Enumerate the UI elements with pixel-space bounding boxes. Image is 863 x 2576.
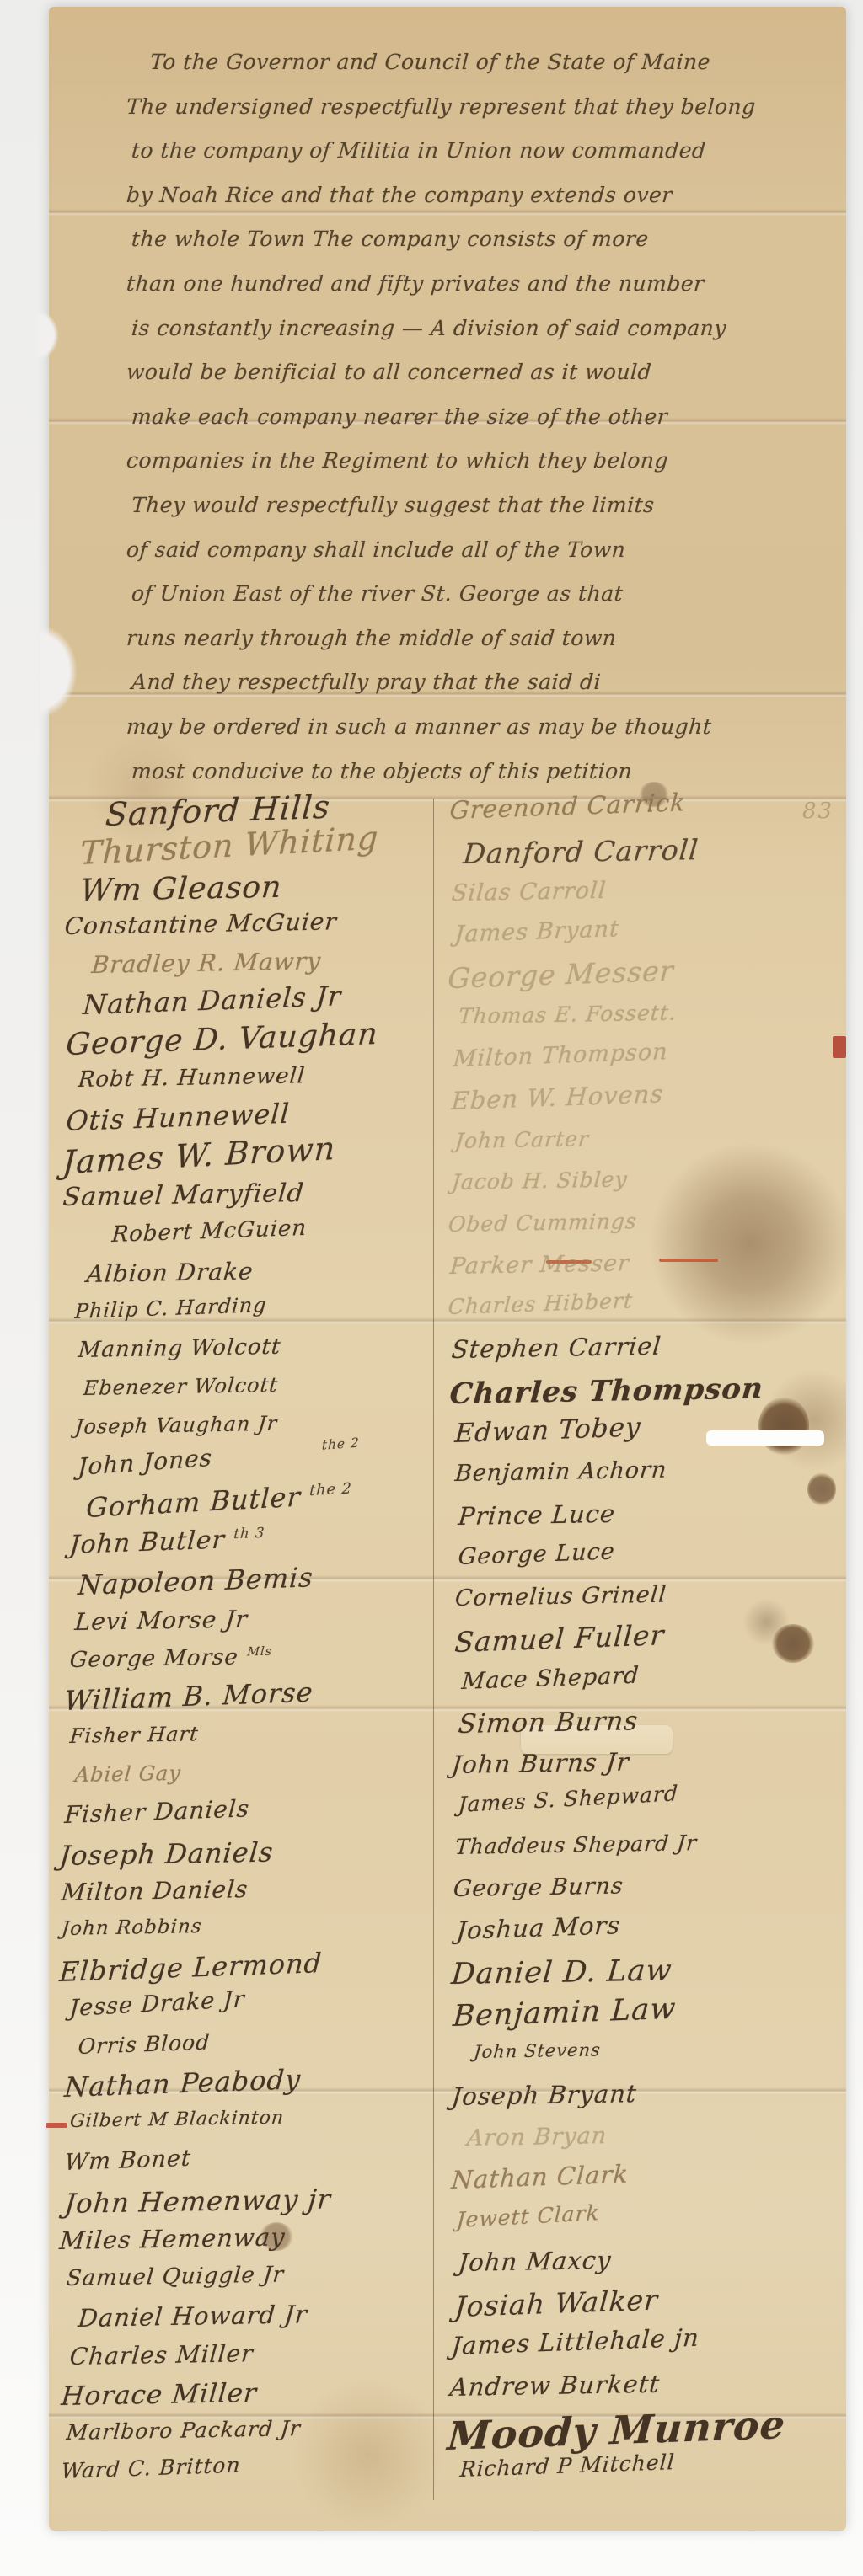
signature-name: Joshua Mors (455, 1911, 621, 1945)
signature-name: Mace Shepard (460, 1662, 640, 1694)
signature-name: Samuel Fuller (453, 1619, 666, 1659)
signature-name: Bradley R. Mawry (90, 947, 322, 979)
petition-line: runs nearly through the middle of said t… (125, 617, 802, 661)
signature-name: Aron Bryan (465, 2123, 608, 2151)
signature-name: Gilbert M Blackinton (69, 2108, 285, 2132)
signature-name: Daniel D. Law (450, 1954, 673, 1992)
signature-name: Nathan Peabody (63, 2064, 302, 2104)
petition-line: companies in the Regiment to which they … (125, 439, 802, 484)
signature-column-left: Sanford HillsThurston WhitingWm GleasonC… (59, 799, 433, 2500)
signature: Jacob H. Sibley (448, 1165, 836, 1213)
signature-name: Levi Morse Jr (73, 1605, 249, 1636)
signature-name: Charles Thompson (448, 1371, 765, 1411)
petition-line: would be benificial to all concerned as … (125, 350, 802, 395)
signature: Edwan Tobey (453, 1408, 836, 1462)
signature: Joseph Daniels (57, 1836, 435, 1881)
signature: Miles Hemenway (57, 2222, 435, 2268)
petition-line: by Noah Rice and that the company extend… (125, 174, 802, 218)
signature-name: Milton Daniels (60, 1875, 249, 1906)
paper-tear (40, 625, 78, 718)
signature: Simon Burns (455, 1705, 836, 1753)
signature: Charles Miller (67, 2338, 435, 2384)
signature-name: Josiah Walker (453, 2283, 659, 2323)
signature-name: Horace Miller (60, 2377, 258, 2411)
signature-suffix: Mls (247, 1645, 273, 1659)
signature-name: James Bryant (453, 916, 619, 948)
signature-name: Benjamin Law (452, 1991, 677, 2033)
petition-line: of said company shall include all of the… (125, 528, 802, 573)
signature-name: John Butler (68, 1525, 226, 1560)
signature: Horace Miller (59, 2377, 435, 2423)
signature: Greenond Carrick (448, 785, 836, 840)
signature: Stephen Carriel (448, 1331, 836, 1379)
signature-name: Wm Gleason (79, 870, 284, 908)
signature-name: John Robbins (61, 1916, 203, 1940)
signature-name: Charles Miller (68, 2339, 255, 2370)
signature-name: Joseph Vaughan Jr (74, 1412, 279, 1439)
petition-line: They would respectfully suggest that the… (130, 484, 802, 528)
signature-name: Simon Burns (457, 1706, 640, 1740)
signature-name: Daniel Howard Jr (77, 2300, 308, 2333)
petition-line: is constantly increasing — A division of… (130, 307, 802, 351)
signature: Daniel Howard Jr (76, 2300, 435, 2344)
petition-line: make each company nearer the size of the… (130, 395, 802, 440)
signature: Benjamin Achorn (452, 1456, 836, 1504)
signature-name: Joseph Daniels (58, 1836, 275, 1872)
signature-name: Nathan Clark (450, 2159, 630, 2194)
signature-name: Miles Hemenway (58, 2222, 287, 2255)
signature-name: Albion Drake (85, 1257, 255, 1288)
signature-suffix: th 3 (233, 1525, 265, 1542)
signature: Fisher Hart (67, 1720, 435, 1766)
signature-name: Benjamin Achorn (453, 1457, 667, 1487)
signature: Wm Gleason (78, 869, 435, 914)
signature-name: Parker Messer (448, 1250, 630, 1280)
signature-name: Ward C. Britton (61, 2453, 242, 2484)
signature: Danford Carroll (460, 834, 836, 882)
signature: Constantine McGuier (62, 908, 435, 954)
signature-name: Jacob H. Sibley (450, 1168, 628, 1195)
signature-name: John Carter (453, 1126, 590, 1153)
signature-name: Marlboro Packard Jr (66, 2417, 302, 2445)
signature: John Hemenway jr (62, 2183, 435, 2229)
signature-suffix: the 2 (322, 1435, 360, 1452)
petition-line: of Union East of the river St. George as… (130, 572, 802, 617)
signature-name: Abiel Gay (74, 1761, 182, 1787)
signature: William B. Morse (62, 1675, 434, 1726)
petition-line: most conducive to the objects of this pe… (130, 750, 802, 794)
signature-column-right: Greenond CarrickDanford CarrollSilas Car… (433, 799, 834, 2500)
signature-name: Andrew Burkett (448, 2370, 661, 2402)
signature: Robert McGuien (110, 1212, 434, 1262)
petition-line: the whole Town The company consists of m… (130, 217, 802, 262)
signature: Fisher Daniels (62, 1791, 434, 1842)
signature-name: Fisher Daniels (64, 1794, 251, 1829)
signature: Thaddeus Shepard Jr (452, 1830, 836, 1878)
signature-name: Samuel Maryfield (62, 1178, 305, 1212)
signature-name: George Burns (452, 1873, 624, 1902)
signature-name: Danford Carroll (462, 833, 700, 870)
signature-name: John Stevens (473, 2039, 602, 2062)
signature: Joshua Mors (454, 1905, 836, 1960)
signature-name: Wm Bonet (64, 2146, 192, 2176)
signature: Eben W. Hovens (449, 1076, 836, 1130)
signature-name: Stephen Carriel (450, 1332, 662, 1364)
petition-line: The undersigned respectfully represent t… (125, 85, 802, 130)
petition-line: And they respectfully pray that the said… (130, 660, 802, 705)
signature-name: John Burns Jr (450, 1747, 630, 1779)
signature-name: Orris Blood (78, 2029, 212, 2059)
signature-name: John Maxcy (457, 2246, 613, 2277)
signature-name: Thomas E. Fossett. (457, 1001, 677, 1029)
petition-line: than one hundred and fifty privates and … (125, 262, 802, 307)
signature: John Stevens (470, 2037, 836, 2085)
petition-line: to the company of Militia in Union now c… (130, 129, 802, 174)
signature-name: Prince Luce (457, 1499, 616, 1530)
signature: George D. Vaughan (64, 1018, 434, 1069)
signature: Samuel Quiggle Jr (64, 2261, 435, 2306)
signature-name: Manning Wolcott (78, 1334, 282, 1363)
signature: Ebenezer Wolcott (81, 1372, 435, 1417)
petition-text-block: To the Governor and Council of the State… (126, 40, 801, 794)
signature-name: George Messer (447, 954, 675, 995)
petition-line: may be ordered in such a manner as may b… (125, 705, 802, 750)
signature-name: Fisher Hart (69, 1723, 200, 1749)
signature: George Messer (446, 951, 836, 1006)
signature-name: Samuel Quiggle Jr (66, 2262, 286, 2291)
signature: Levi Morse Jr (72, 1604, 435, 1649)
paper-tear (37, 310, 59, 361)
signature-name: Silas Carroll (450, 877, 607, 906)
signature: Obed Cummings (445, 1207, 836, 1255)
signature-name: John Hemenway jr (63, 2183, 332, 2221)
signature-name: Thaddeus Shepard Jr (453, 1830, 698, 1859)
signature-name: George Morse (69, 1644, 240, 1673)
signature-section: Sanford HillsThurston WhitingWm GleasonC… (59, 799, 834, 2500)
petition-line: To the Governor and Council of the State… (148, 40, 802, 85)
signature-name: George Luce (457, 1538, 615, 1570)
signature: James Littlehale jn (449, 2321, 836, 2376)
signature-name: Joseph Bryant (450, 2079, 638, 2111)
signature-name: Edwan Tobey (453, 1412, 641, 1449)
signature-name: Constantine McGuier (63, 907, 338, 940)
signature: Nathan Peabody (62, 2061, 434, 2113)
scanned-petition-document: 83 To the Governor and Council of the St… (0, 0, 863, 2576)
signature: John Carter (452, 1124, 836, 1172)
signature-name: Cornelius Grinell (453, 1582, 667, 1611)
signature-name: Robt H. Hunnewell (78, 1063, 307, 1093)
signature-name: Obed Cummings (447, 1209, 637, 1237)
signature: Manning Wolcott (76, 1333, 435, 1378)
signature-suffix: the 2 (309, 1481, 353, 1500)
signature-name: Charles Hibbert (447, 1288, 633, 1319)
signature: Milton Daniels (59, 1874, 435, 1920)
signature: Joseph Bryant (448, 2078, 836, 2126)
signature: Napoleon Bemis (76, 1559, 434, 1611)
signature-name: Ebenezer Wolcott (83, 1373, 279, 1400)
signature-name: Otis Hunnewell (65, 1098, 291, 1137)
